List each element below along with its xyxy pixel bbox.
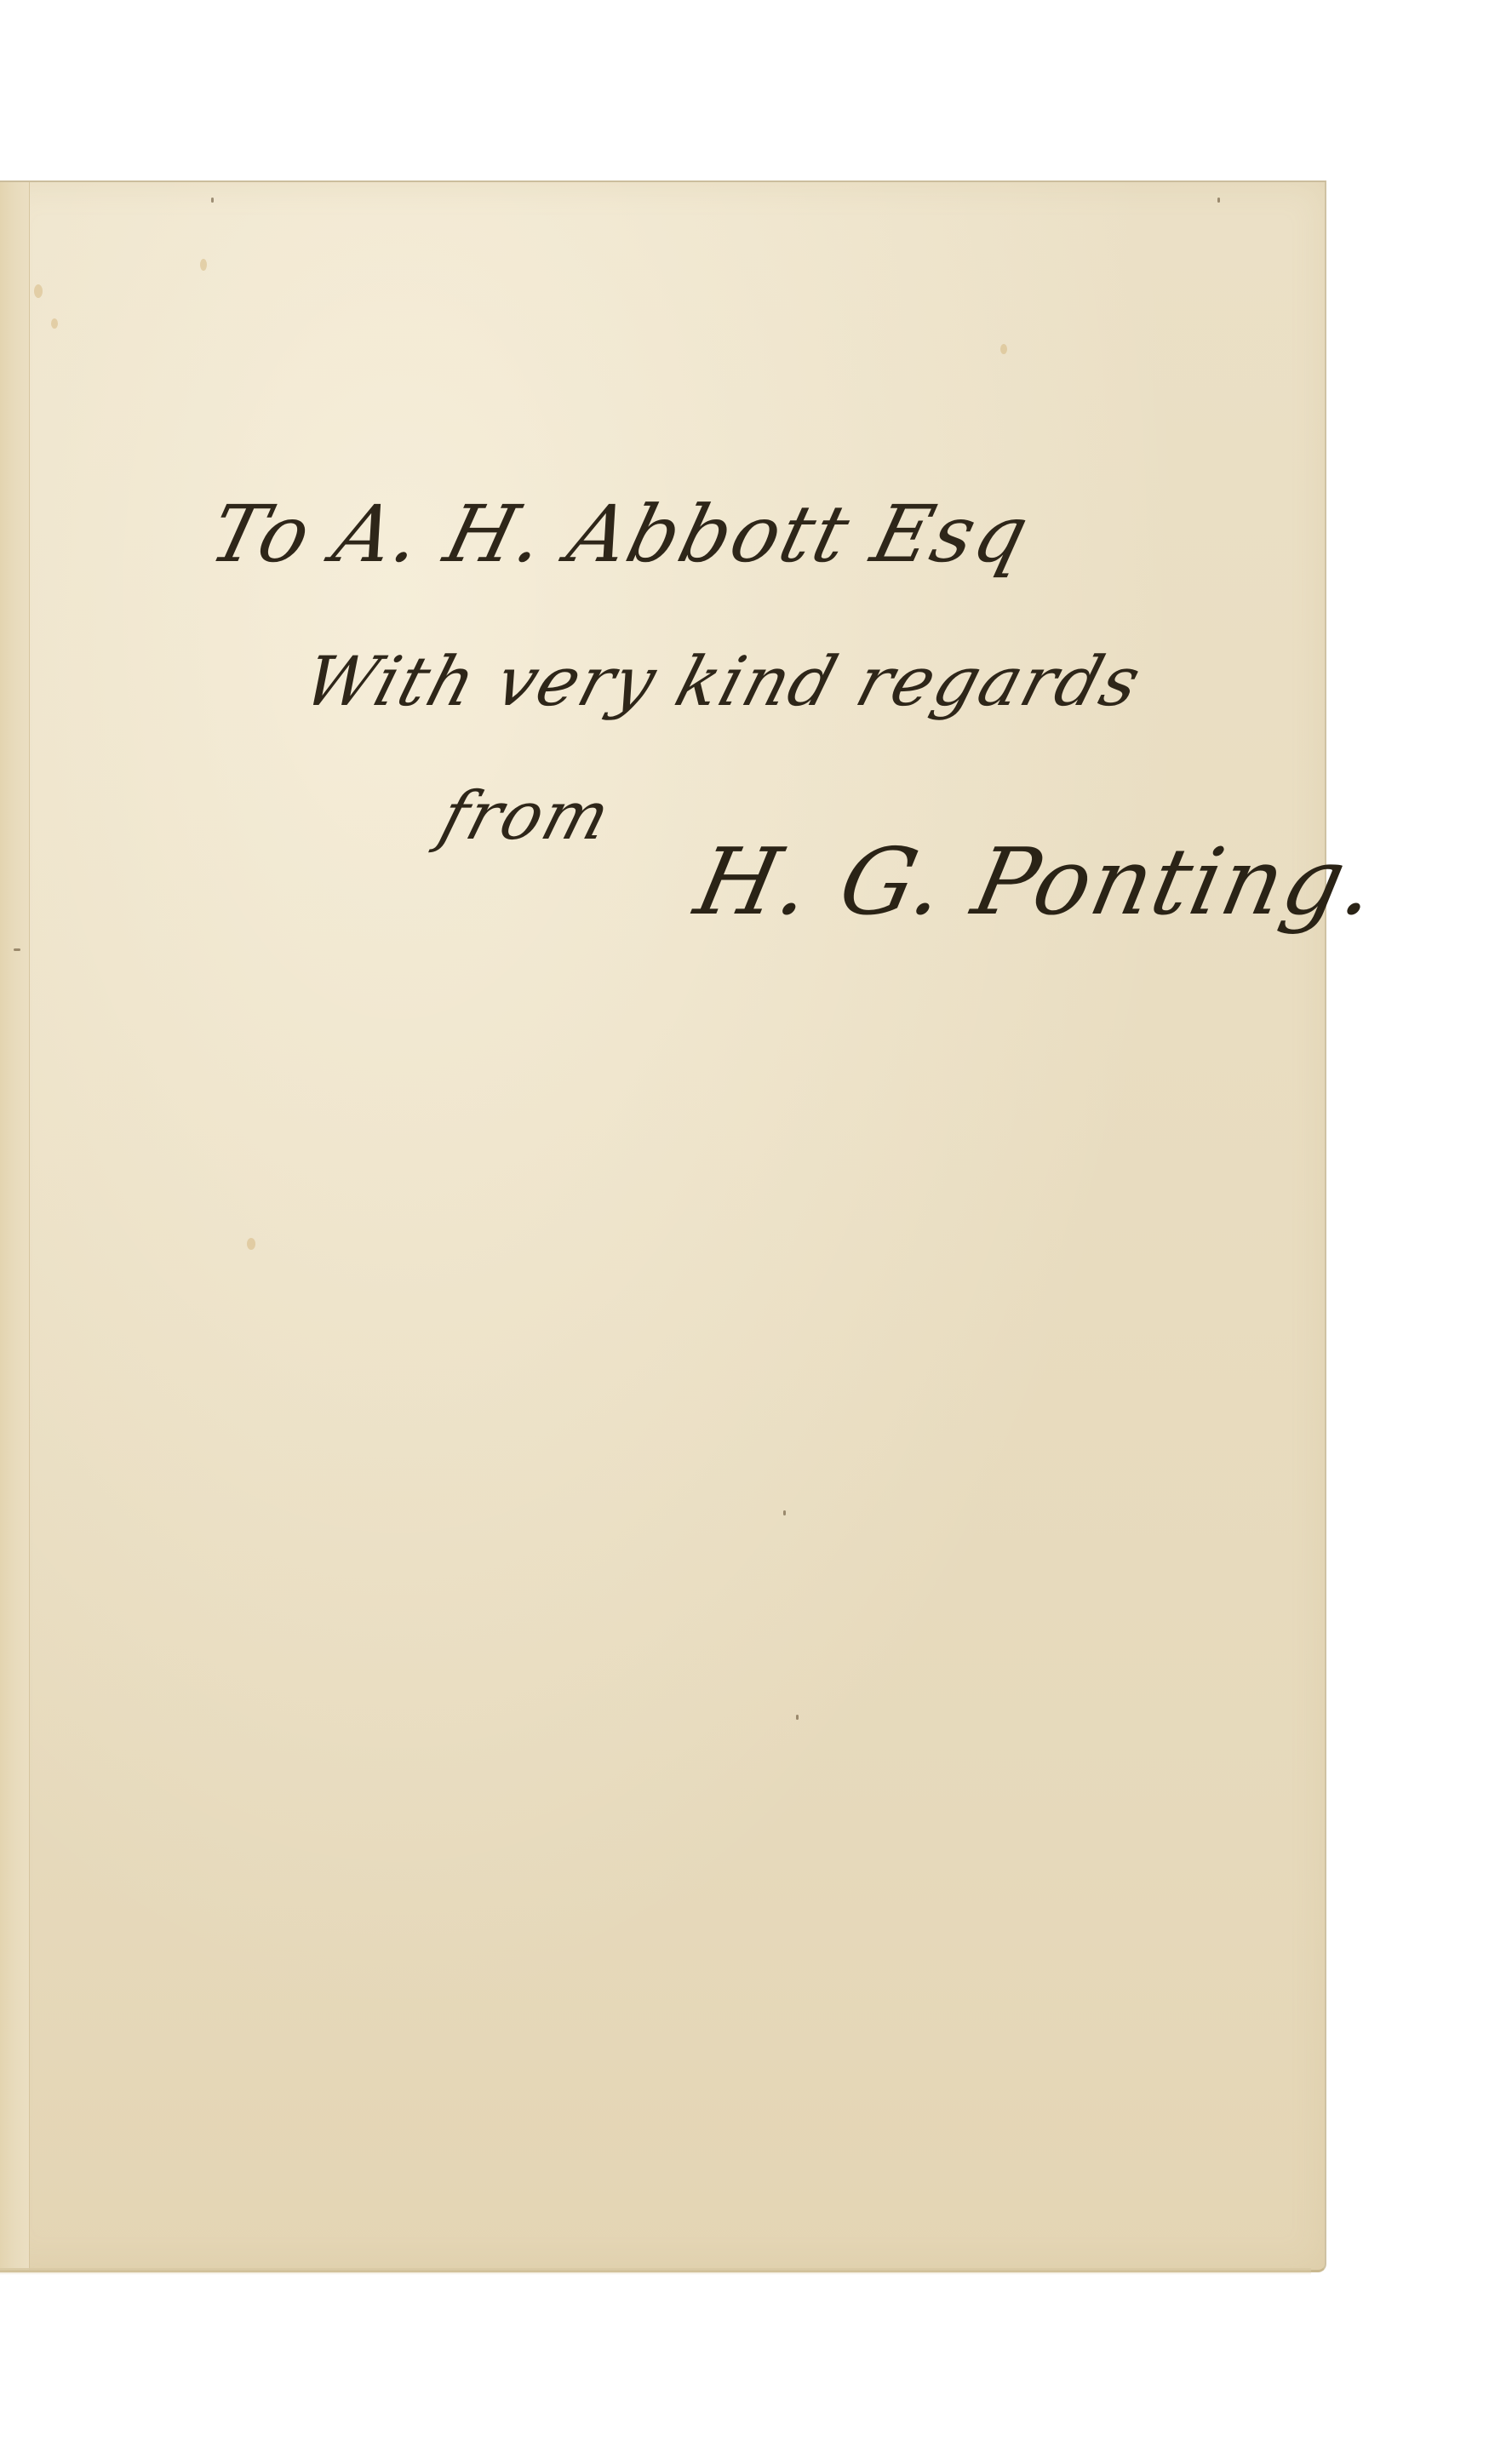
inscription-from: from: [432, 778, 620, 855]
signature: H. G. Ponting.: [687, 829, 1387, 936]
page-bottom-edge: [0, 2268, 1311, 2275]
inscription-regards: With very kind regards: [295, 642, 1151, 721]
book-page: To A. H. Abbott Esq With very kind regar…: [0, 180, 1326, 2272]
handwritten-inscription: To A. H. Abbott Esq With very kind regar…: [0, 182, 1325, 2270]
inscription-recipient: To A. H. Abbott Esq: [202, 489, 1039, 580]
